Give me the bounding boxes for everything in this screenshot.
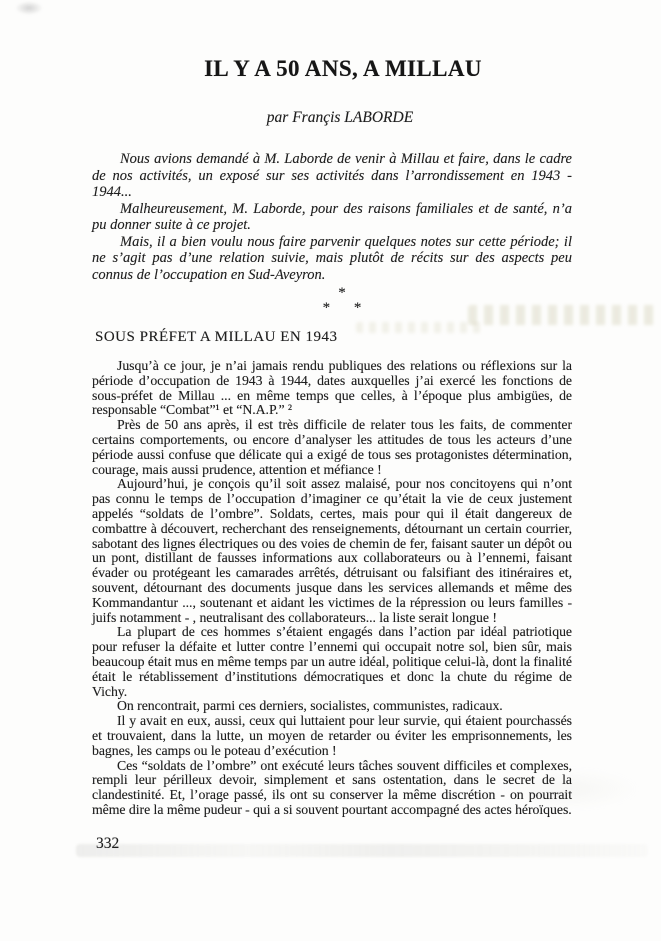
body-paragraph: On rencontrait, parmi ces derniers, soci… xyxy=(92,699,572,714)
section-heading: SOUS PRÉFET A MILLAU EN 1943 xyxy=(95,329,572,346)
body-paragraph: Il y avait en eux, aussi, ceux qui lutta… xyxy=(92,714,572,758)
intro-paragraph: Mais, il a bien voulu nous faire parveni… xyxy=(92,234,572,284)
article-byline: par Françis LABORDE xyxy=(100,109,580,127)
intro-paragraph: Nous avions demandé à M. Laborde de veni… xyxy=(92,151,572,201)
text-block: IL Y A 50 ANS, A MILLAU par Françis LABO… xyxy=(92,0,572,818)
article-body: Jusqu’à ce jour, je n’ai jamais rendu pu… xyxy=(92,359,572,818)
body-paragraph: La plupart de ces hommes s’étaient engag… xyxy=(92,625,572,699)
body-paragraph: Près de 50 ans après, il est très diffic… xyxy=(92,418,572,477)
asterisk-row-top: * xyxy=(102,286,582,301)
body-paragraph: Jusqu’à ce jour, je n’ai jamais rendu pu… xyxy=(92,359,572,418)
article-title: IL Y A 50 ANS, A MILLAU xyxy=(103,56,583,82)
asterisk-row-bottom: * * xyxy=(102,301,582,316)
asterisk-separator: * * * xyxy=(102,286,582,316)
scan-band-artifact xyxy=(76,844,648,857)
body-paragraph: Ces “soldats de l’ombre” ont exécuté leu… xyxy=(92,759,572,818)
scan-smudge-artifact xyxy=(15,1,43,15)
page-number: 332 xyxy=(96,835,119,853)
scanned-document-page: IL Y A 50 ANS, A MILLAU par Françis LABO… xyxy=(0,0,661,941)
editor-introduction: Nous avions demandé à M. Laborde de veni… xyxy=(92,151,572,283)
intro-paragraph: Malheureusement, M. Laborde, pour des ra… xyxy=(92,201,572,234)
body-paragraph: Aujourd’hui, je conçois qu’il soit assez… xyxy=(92,477,572,625)
